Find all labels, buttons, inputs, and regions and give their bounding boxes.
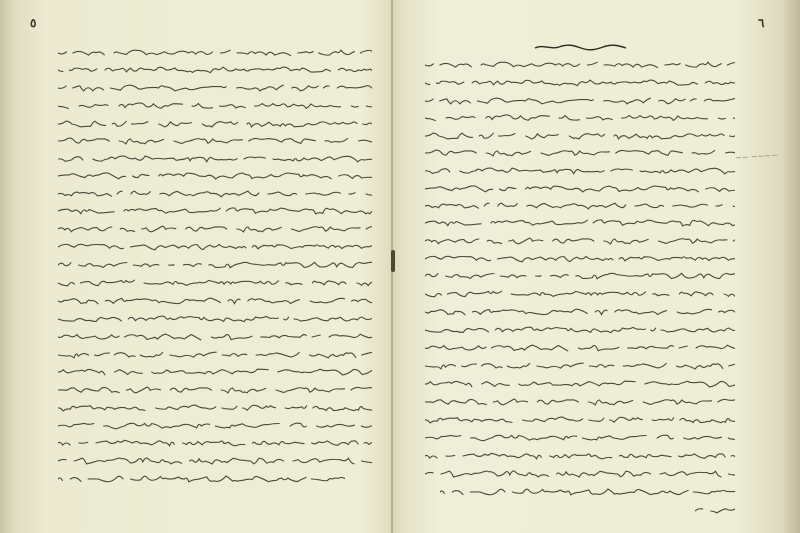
manuscript-text-line xyxy=(58,83,372,92)
manuscript-text-line xyxy=(58,260,372,269)
manuscript-text-line xyxy=(425,254,735,263)
manuscript-text-line xyxy=(58,350,372,359)
manuscript-text-line xyxy=(58,438,372,447)
manuscript-text-line xyxy=(58,154,372,163)
manuscript-text-line xyxy=(58,456,372,465)
manuscript-text-line xyxy=(58,474,345,483)
manuscript-text-line xyxy=(58,189,372,198)
manuscript-text-line xyxy=(425,433,735,442)
left-page: ٥ xyxy=(0,0,391,533)
manuscript-text-line xyxy=(440,487,735,496)
manuscript-text-line xyxy=(58,278,372,287)
right-page-heading xyxy=(533,43,628,51)
manuscript-text-line xyxy=(425,113,735,122)
manuscript-text-line xyxy=(425,201,735,210)
manuscript-text-line xyxy=(425,60,735,69)
marginal-pencil-note: ~~ ~~~~ xyxy=(735,151,778,163)
manuscript-text-line xyxy=(425,96,735,105)
manuscript-text-line xyxy=(425,307,735,316)
manuscript-text-line xyxy=(425,236,735,245)
manuscript-text-line xyxy=(58,296,372,305)
manuscript-text-line xyxy=(425,166,735,175)
right-page-number: ٦ xyxy=(758,16,764,30)
manuscript-spread: ٥ ٦ ~~ ~~~~ xyxy=(0,0,800,533)
manuscript-text-line xyxy=(425,379,735,388)
manuscript-text-line xyxy=(58,171,372,180)
manuscript-text-line xyxy=(425,343,735,352)
manuscript-text-line xyxy=(425,271,735,280)
manuscript-text-line xyxy=(425,415,735,424)
manuscript-text-line xyxy=(58,65,372,74)
left-page-number: ٥ xyxy=(30,16,36,30)
manuscript-text-line xyxy=(425,469,735,478)
manuscript-text-line xyxy=(425,78,735,87)
manuscript-text-line xyxy=(58,314,372,323)
manuscript-text-line xyxy=(58,421,372,430)
manuscript-text-line xyxy=(425,397,735,406)
manuscript-text-line xyxy=(425,218,735,227)
manuscript-text-line xyxy=(425,361,735,370)
manuscript-text-line xyxy=(58,136,372,145)
manuscript-text-line xyxy=(58,48,372,57)
manuscript-text-line xyxy=(58,119,372,128)
manuscript-text-line xyxy=(425,325,735,334)
manuscript-text-line xyxy=(58,242,372,251)
manuscript-text-line xyxy=(58,385,372,394)
manuscript-text-line xyxy=(58,403,372,412)
manuscript-text-line xyxy=(425,451,735,460)
manuscript-text-line xyxy=(425,131,735,140)
manuscript-text-line xyxy=(425,148,735,157)
manuscript-text-line xyxy=(58,332,372,341)
manuscript-text-line xyxy=(58,224,372,233)
manuscript-text-line xyxy=(58,206,372,215)
manuscript-text-line xyxy=(58,367,372,376)
manuscript-text-line xyxy=(425,289,735,298)
manuscript-text-line xyxy=(58,101,372,110)
manuscript-text-line xyxy=(425,184,735,193)
manuscript-text-line xyxy=(695,506,735,515)
